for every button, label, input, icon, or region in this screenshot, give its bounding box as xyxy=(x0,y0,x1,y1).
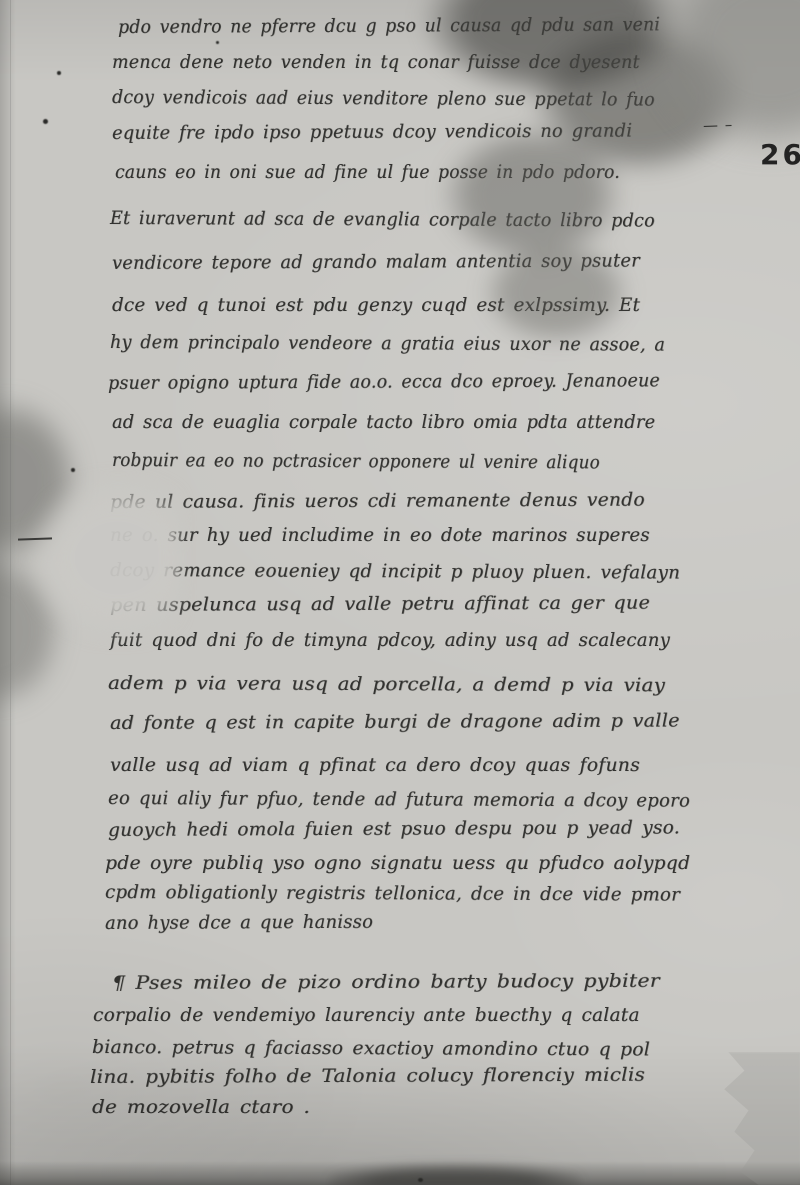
manuscript-line: corpalio de vendemiyo laurenciy ante bue… xyxy=(93,1003,640,1027)
ink-speck xyxy=(57,71,61,75)
manuscript-photo: pdo vendro ne pferre dcu g pso ul causa … xyxy=(0,0,800,1185)
manuscript-line: ¶ Pses mileo de pizo ordino barty budocy… xyxy=(112,969,660,995)
ink-speck xyxy=(43,119,48,124)
manuscript-line: de mozovella ctaro . xyxy=(92,1095,310,1119)
margin-dash-marks: — – xyxy=(703,115,734,134)
manuscript-line: bianco. petrus q faciasso exactioy amond… xyxy=(92,1035,650,1061)
ink-speck xyxy=(418,1178,423,1182)
ink-speck xyxy=(71,468,75,472)
paragraph-closing: ¶ Pses mileo de pizo ordino barty budocy… xyxy=(0,0,800,1185)
folio-number: 26 xyxy=(760,138,800,171)
ink-speck xyxy=(216,41,219,44)
manuscript-text: pdo vendro ne pferre dcu g pso ul causa … xyxy=(0,0,800,1185)
manuscript-line: lina. pybitis folho de Talonia colucy fl… xyxy=(90,1063,645,1089)
